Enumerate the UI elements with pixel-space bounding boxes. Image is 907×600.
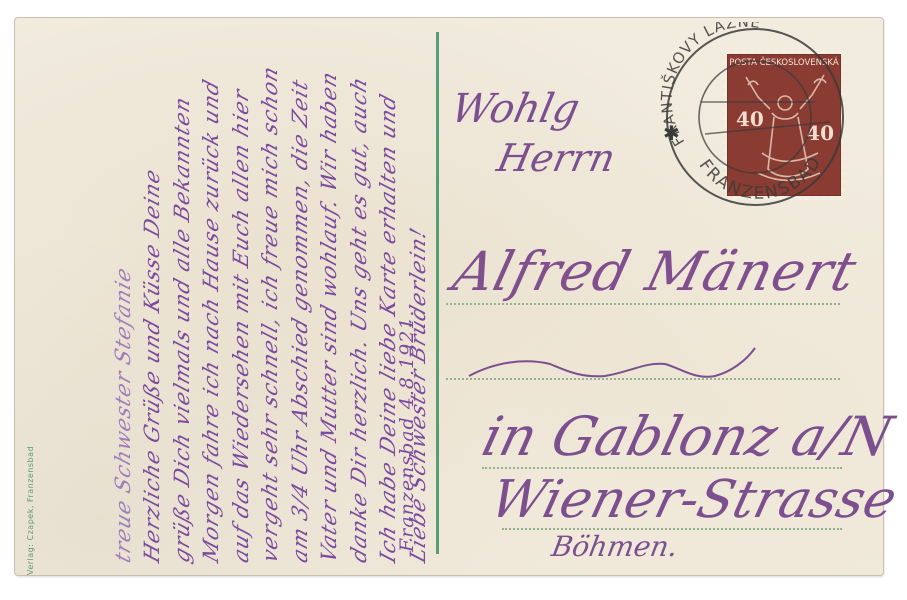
message-line: auf das Wiedersehen mit Euch allen hier	[227, 25, 257, 567]
asterisk-icon: ✱	[663, 121, 680, 145]
salutation-herrn: Herrn	[493, 136, 619, 180]
message-line: Herzliche Grüße und Küsse Deine	[138, 25, 168, 567]
message-line: Vater und Mutter sind wohlauf. Wir haben	[315, 25, 345, 567]
salutation-wohlg: Wohlg	[447, 86, 583, 132]
underline-flourish	[465, 340, 765, 390]
publisher-imprint: Verlag: Czapek, Franzensbad	[26, 225, 46, 580]
postmark-cancellation: FRANTIŠKOVY LÁZNĚ FRANZENSBAD ✱	[655, 22, 855, 212]
recipient-region: Böhmen.	[549, 530, 680, 563]
recipient-street: Wiener-Strasse 67	[485, 470, 907, 530]
card-divider	[436, 32, 439, 554]
message-line: am 3/4 Uhr Abschied genommen, die Zeit	[286, 25, 316, 567]
message-line: treue Schwester Stefanie	[109, 25, 139, 567]
recipient-name: Alfred Mänert	[447, 240, 863, 303]
handwritten-message: Liebe Schwester Brüderlein! Ich habe Dei…	[18, 22, 433, 570]
message-line: Morgen fahre ich nach Hause zurück und	[197, 25, 227, 567]
recipient-city: in Gablonz a/N	[476, 405, 899, 468]
message-date: Franzensbad 4.8.1921.	[396, 262, 436, 552]
address-line	[446, 303, 840, 305]
message-line: danke Dir herzlich. Uns geht es gut, auc…	[345, 25, 375, 567]
message-line: vergeht sehr schnell, ich freue mich sch…	[256, 25, 286, 567]
message-line: grüße Dich vielmals und alle Bekannten	[168, 25, 198, 567]
